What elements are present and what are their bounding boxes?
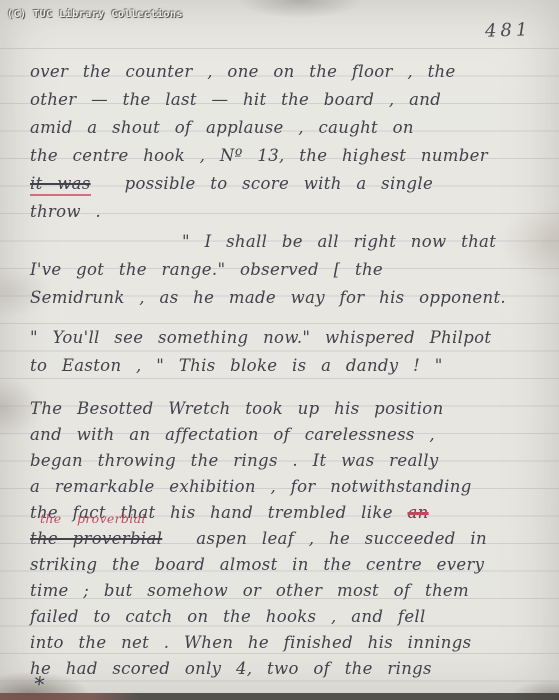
manuscript-line: the proverbialthe proverbialaspen leaf ,… <box>30 526 542 552</box>
manuscript-line: failed to catch on the hooks , and fell <box>30 604 542 630</box>
manuscript-line: over the counter , one on the floor , th… <box>30 58 542 86</box>
manuscript-line: Semidrunk , as he made way for his oppon… <box>30 284 542 312</box>
watermark: (C) TUC Library Collections <box>7 9 183 20</box>
paragraph-3: " You'll see something now." whispered P… <box>30 324 542 380</box>
paragraph-4: The Besotted Wretch took up his position… <box>30 396 542 682</box>
manuscript-line: time ; but somehow or other most of them <box>30 578 542 604</box>
manuscript-line: he had scored only 4, two of the rings <box>30 656 542 682</box>
paragraph-1: over the counter , one on the floor , th… <box>30 58 542 226</box>
manuscript-line: to Easton , " This bloke is a dandy ! " <box>30 352 542 380</box>
manuscript-line: it waspossible to score with a single <box>30 170 542 198</box>
manuscript-line: began throwing the rings . It was really <box>30 448 542 474</box>
manuscript-line: throw . <box>30 198 542 226</box>
manuscript-page: (C) TUC Library Collections 481 over the… <box>0 0 559 700</box>
page-number: 481 <box>484 19 531 42</box>
manuscript-line: into the net . When he finished his inni… <box>30 630 542 656</box>
manuscript-line: I've got the range." observed [ the <box>30 256 542 284</box>
correction-group: the proverbialthe proverbial <box>30 526 162 552</box>
line-text: possible to score with a single <box>125 174 433 193</box>
manuscript-line: the centre hook , Nº 13, the highest num… <box>30 142 542 170</box>
struck-text: the proverbial <box>30 529 162 548</box>
paragraph-2: " I shall be all right now that I've got… <box>30 228 542 312</box>
line-text: aspen leaf , he succeeded in <box>196 529 487 548</box>
struck-text: an <box>407 503 428 522</box>
struck-text: it was <box>30 174 91 196</box>
manuscript-line: " I shall be all right now that <box>30 228 542 256</box>
manuscript-line: and with an affectation of carelessness … <box>30 422 542 448</box>
manuscript-line: striking the board almost in the centre … <box>30 552 542 578</box>
manuscript-line: a remarkable exhibition , for notwithsta… <box>30 474 542 500</box>
manuscript-line: amid a shout of applause , caught on <box>30 114 542 142</box>
scan-edge <box>0 693 559 700</box>
manuscript-line: " You'll see something now." whispered P… <box>30 324 542 352</box>
manuscript-line: other — the last — hit the board , and <box>30 86 542 114</box>
red-correction-text: the proverbial <box>40 513 146 525</box>
manuscript-line: The Besotted Wretch took up his position <box>30 396 542 422</box>
